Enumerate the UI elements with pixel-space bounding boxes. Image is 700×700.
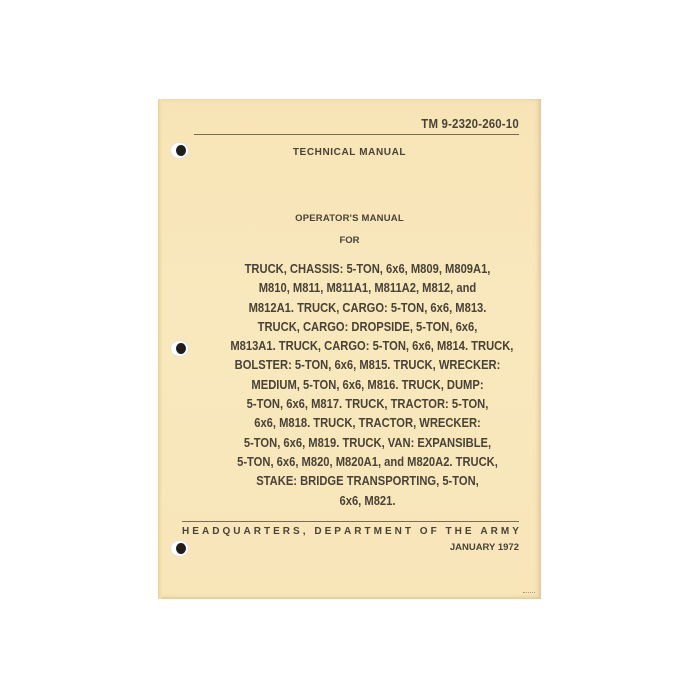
title-line: TRUCK, CHASSIS: 5-TON, 6x6, M809, M809A1… xyxy=(230,259,504,278)
document-type: TECHNICAL MANUAL xyxy=(158,147,541,158)
title-line: MEDIUM, 5-TON, 6x6, M816. TRUCK, DUMP: xyxy=(230,375,504,394)
binder-hole xyxy=(171,341,188,356)
title-line: STAKE: BRIDGE TRANSPORTING, 5-TON, xyxy=(230,471,504,490)
for-label: FOR xyxy=(158,235,541,246)
issuing-organization: HEADQUARTERS, DEPARTMENT OF THE ARMY xyxy=(182,526,519,537)
bottom-rule xyxy=(182,521,519,522)
title-line: BOLSTER: 5-TON, 6x6, M815. TRUCK, WRECKE… xyxy=(230,355,504,374)
tm-number: TM 9-2320-260-10 xyxy=(421,116,519,131)
title-line: M813A1. TRUCK, CARGO: 5-TON, 6x6, M814. … xyxy=(230,336,504,355)
title-line: 5-TON, 6x6, M817. TRUCK, TRACTOR: 5-TON, xyxy=(230,394,504,413)
title-line: M810, M811, M811A1, M811A2, M812, and xyxy=(230,278,504,297)
title-line: TRUCK, CARGO: DROPSIDE, 5-TON, 6x6, xyxy=(230,317,504,336)
title-line: 6x6, M818. TRUCK, TRACTOR, WRECKER: xyxy=(230,413,504,432)
subtitle: OPERATOR'S MANUAL xyxy=(158,213,541,224)
title-line: 5-TON, 6x6, M819. TRUCK, VAN: EXPANSIBLE… xyxy=(230,433,504,452)
title-line: 6x6, M821. xyxy=(230,491,504,510)
title-line: 5-TON, 6x6, M820, M820A1, and M820A2. TR… xyxy=(230,452,504,471)
top-rule xyxy=(194,134,519,135)
vehicle-title-block: TRUCK, CHASSIS: 5-TON, 6x6, M809, M809A1… xyxy=(208,259,527,510)
corner-mark xyxy=(523,589,535,593)
publication-date: JANUARY 1972 xyxy=(450,542,519,553)
page-edge xyxy=(158,99,162,599)
title-line: M812A1. TRUCK, CARGO: 5-TON, 6x6, M813. xyxy=(230,298,504,317)
binder-hole xyxy=(171,541,188,556)
manual-cover-page: TM 9-2320-260-10 TECHNICAL MANUAL OPERAT… xyxy=(158,99,541,599)
